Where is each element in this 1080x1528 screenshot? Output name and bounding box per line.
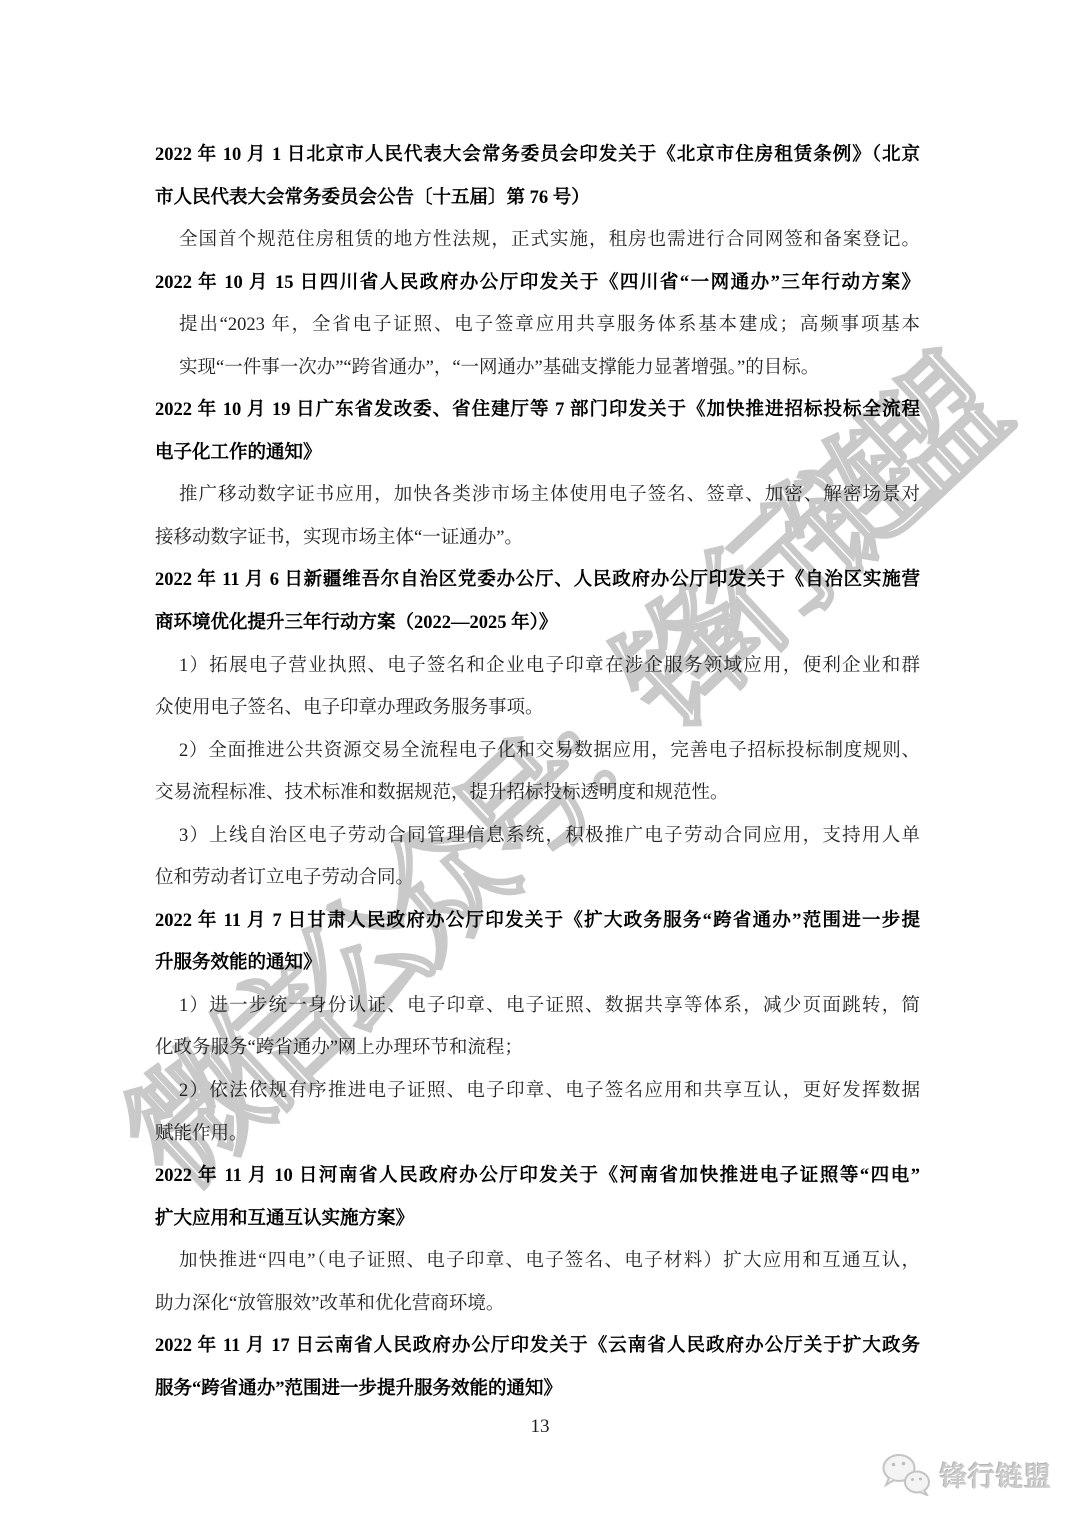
body-line: 位和劳动者订立电子劳动合同。: [155, 857, 920, 900]
heading-paragraph: 2022 年 10 月 1 日北京市人民代表大会常务委员会印发关于《北京市住房租…: [155, 134, 920, 219]
body-line: 众使用电子签名、电子印章办理政务服务事项。: [155, 687, 920, 730]
body-paragraph: 加快推进“四电”（电子证照、电子印章、电子签名、电子材料）扩大应用和互通互认，助…: [155, 1240, 920, 1325]
heading-line: 市人民代表大会常务委员会公告〔十五届〕第 76 号）: [155, 177, 920, 220]
body-line: 提出“2023 年，全省电子证照、电子签章应用共享服务体系基本建成；高频事项基本: [155, 304, 920, 347]
body-line: 实现“一件事一次办”“跨省通办”，“一网通办”基础支撑能力显著增强。”的目标。: [155, 347, 920, 390]
wechat-logo-icon: [880, 1452, 932, 1496]
body-paragraph: 1）进一步统一身份认证、电子印章、电子证照、数据共享等体系，减少页面跳转，简化政…: [155, 985, 920, 1070]
body-line: 2）全面推进公共资源交易全流程电子化和交易数据应用，完善电子招标投标制度规则、: [155, 730, 920, 773]
heading-paragraph: 2022 年 11 月 10 日河南省人民政府办公厅印发关于《河南省加快推进电子…: [155, 1155, 920, 1240]
heading-line: 商环境优化提升三年行动方案（2022—2025 年）》: [155, 602, 920, 645]
document-page: 微信公众号：锋行链盟 2022 年 10 月 1 日北京市人民代表大会常务委员会…: [0, 0, 1080, 1528]
body-line: 接移动数字证书，实现市场主体“一证通办”。: [155, 517, 920, 560]
footer-brand: 锋行链盟: [880, 1452, 1052, 1496]
body-line: 2）依法依规有序推进电子证照、电子印章、电子签名应用和共享互认，更好发挥数据: [155, 1070, 920, 1113]
body-line: 赋能作用。: [155, 1113, 920, 1156]
heading-line: 2022 年 11 月 6 日新疆维吾尔自治区党委办公厅、人民政府办公厅印发关于…: [155, 559, 920, 602]
heading-line: 电子化工作的通知》: [155, 432, 920, 475]
body-paragraph: 提出“2023 年，全省电子证照、电子签章应用共享服务体系基本建成；高频事项基本…: [155, 304, 920, 389]
body-paragraph: 全国首个规范住房租赁的地方性法规，正式实施，租房也需进行合同网签和备案登记。: [155, 219, 920, 262]
heading-paragraph: 2022 年 10 月 19 日广东省发改委、省住建厅等 7 部门印发关于《加快…: [155, 389, 920, 474]
heading-line: 2022 年 10 月 1 日北京市人民代表大会常务委员会印发关于《北京市住房租…: [155, 134, 920, 177]
heading-line: 2022 年 10 月 15 日四川省人民政府办公厅印发关于《四川省“一网通办”…: [155, 262, 920, 305]
heading-line: 扩大应用和互通互认实施方案》: [155, 1198, 920, 1241]
document-content: 2022 年 10 月 1 日北京市人民代表大会常务委员会印发关于《北京市住房租…: [155, 134, 920, 1410]
page-number: 13: [0, 1412, 1080, 1442]
body-paragraph: 推广移动数字证书应用，加快各类涉市场主体使用电子签名、签章、加密、解密场景对接移…: [155, 474, 920, 559]
body-line: 全国首个规范住房租赁的地方性法规，正式实施，租房也需进行合同网签和备案登记。: [155, 219, 920, 262]
body-line: 1）拓展电子营业执照、电子签名和企业电子印章在涉企服务领域应用，便利企业和群: [155, 645, 920, 688]
body-line: 推广移动数字证书应用，加快各类涉市场主体使用电子签名、签章、加密、解密场景对: [155, 474, 920, 517]
body-line: 助力深化“放管服效”改革和优化营商环境。: [155, 1283, 920, 1326]
heading-paragraph: 2022 年 11 月 6 日新疆维吾尔自治区党委办公厅、人民政府办公厅印发关于…: [155, 559, 920, 644]
body-line: 3）上线自治区电子劳动合同管理信息系统，积极推广电子劳动合同应用，支持用人单: [155, 815, 920, 858]
body-line: 1）进一步统一身份认证、电子印章、电子证照、数据共享等体系，减少页面跳转，简: [155, 985, 920, 1028]
heading-line: 2022 年 11 月 10 日河南省人民政府办公厅印发关于《河南省加快推进电子…: [155, 1155, 920, 1198]
heading-paragraph: 2022 年 10 月 15 日四川省人民政府办公厅印发关于《四川省“一网通办”…: [155, 262, 920, 305]
heading-line: 服务“跨省通办”范围进一步提升服务效能的通知》: [155, 1368, 920, 1411]
heading-line: 2022 年 11 月 17 日云南省人民政府办公厅印发关于《云南省人民政府办公…: [155, 1325, 920, 1368]
heading-paragraph: 2022 年 11 月 7 日甘肃人民政府办公厅印发关于《扩大政务服务“跨省通办…: [155, 900, 920, 985]
body-paragraph: 2）全面推进公共资源交易全流程电子化和交易数据应用，完善电子招标投标制度规则、交…: [155, 730, 920, 815]
body-paragraph: 3）上线自治区电子劳动合同管理信息系统，积极推广电子劳动合同应用，支持用人单位和…: [155, 815, 920, 900]
heading-paragraph: 2022 年 11 月 17 日云南省人民政府办公厅印发关于《云南省人民政府办公…: [155, 1325, 920, 1410]
body-line: 加快推进“四电”（电子证照、电子印章、电子签名、电子材料）扩大应用和互通互认，: [155, 1240, 920, 1283]
heading-line: 2022 年 10 月 19 日广东省发改委、省住建厅等 7 部门印发关于《加快…: [155, 389, 920, 432]
heading-line: 升服务效能的通知》: [155, 942, 920, 985]
body-line: 交易流程标准、技术标准和数据规范，提升招标投标透明度和规范性。: [155, 772, 920, 815]
footer-brand-text: 锋行链盟: [940, 1455, 1052, 1494]
body-paragraph: 2）依法依规有序推进电子证照、电子印章、电子签名应用和共享互认，更好发挥数据赋能…: [155, 1070, 920, 1155]
body-paragraph: 1）拓展电子营业执照、电子签名和企业电子印章在涉企服务领域应用，便利企业和群众使…: [155, 645, 920, 730]
heading-line: 2022 年 11 月 7 日甘肃人民政府办公厅印发关于《扩大政务服务“跨省通办…: [155, 900, 920, 943]
body-line: 化政务服务“跨省通办”网上办理环节和流程；: [155, 1027, 920, 1070]
